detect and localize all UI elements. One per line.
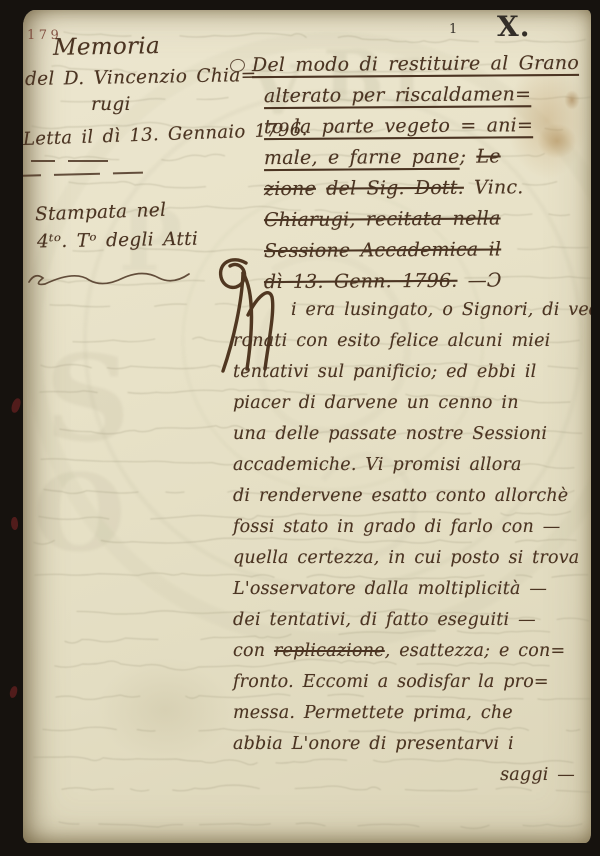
- body-line: accademiche. Vi promisi allora: [233, 455, 589, 486]
- text-segment: zione: [264, 178, 316, 200]
- paper-stain: [75, 640, 255, 780]
- text-segment: di rendervene esatto conto allorchè: [233, 486, 568, 506]
- text-segment: messa. Permettete prima, che: [233, 703, 513, 723]
- text-segment: L'osservatore dalla moltiplicità —: [233, 579, 547, 599]
- body-line: tentativi sul panificio; ed ebbi il: [233, 362, 589, 393]
- title-line: Sessione Accademica il: [252, 238, 591, 271]
- body-line: fronto. Eccomi a sodisfar la pro=: [233, 672, 589, 703]
- title-line: dì 13. Genn. 1796. —Ɔ: [252, 269, 591, 302]
- text-segment: del Sig. Dott.: [326, 177, 464, 200]
- title-line: zione del Sig. Dott. Vinc.: [252, 176, 591, 209]
- body-line: una delle passate nostre Sessioni: [233, 424, 589, 455]
- text-segment: replicazione: [274, 641, 385, 661]
- text-segment: i era lusingato, o Signori, di veder co.: [291, 300, 591, 320]
- body-text: i era lusingato, o Signori, di veder co.…: [233, 300, 589, 796]
- binding-stitch: [10, 517, 19, 531]
- text-segment: Le: [476, 145, 500, 167]
- manuscript-page: V B L S O P 179 1 X. Memoria del D. Vinc…: [23, 10, 591, 843]
- title-line: alterato per riscaldamen=: [252, 83, 591, 116]
- flourish-underline: [25, 258, 195, 294]
- body-line: ronati con esito felice alcuni miei: [233, 331, 589, 362]
- text-segment: , esattezza; e con=: [385, 641, 566, 661]
- body-line: fossi stato in grado di farlo con —: [233, 517, 589, 548]
- text-segment: male, e farne pane: [264, 146, 460, 169]
- title-block: Del modo di restituire al Granoalterato …: [252, 53, 591, 301]
- margin-author-line: del D. Vincenzio Chia=: [25, 65, 257, 90]
- title-line: Del modo di restituire al Grano: [252, 52, 591, 85]
- text-segment: una delle passate nostre Sessioni: [233, 424, 547, 444]
- body-line: i era lusingato, o Signori, di veder co.: [233, 300, 589, 331]
- scanned-manuscript-photo: { "colors":{ "bg":"#16120e", "paper":"#e…: [0, 0, 600, 856]
- text-segment: dì 13. Genn. 1796.: [264, 270, 458, 293]
- text-segment: abbia L'onore di presentarvi i: [233, 734, 514, 754]
- margin-author-line: rugi: [91, 94, 131, 115]
- title-line: male, e farne pane; Le: [252, 145, 591, 178]
- text-segment: to la parte vegeto = ani=: [264, 114, 533, 138]
- svg-text:O: O: [33, 450, 125, 575]
- title-line: Chiarugi, recitata nella: [252, 207, 591, 240]
- underline-dashes: [31, 160, 121, 164]
- page-number: 1: [449, 22, 457, 37]
- margin-printed-note: Stampata nel: [35, 200, 167, 226]
- text-segment: fronto. Eccomi a sodisfar la pro=: [233, 672, 549, 692]
- body-line: saggi —: [233, 765, 589, 796]
- text-segment: accademiche. Vi promisi allora: [233, 455, 522, 475]
- body-line: di rendervene esatto conto allorchè: [233, 486, 589, 517]
- text-segment: quella certezza, in cui posto si trova: [233, 548, 579, 568]
- text-segment: Vinc.: [464, 176, 524, 198]
- text-segment: con: [233, 641, 274, 661]
- body-line: L'osservatore dalla moltiplicità —: [233, 579, 589, 610]
- body-line: con replicazione, esattezza; e con=: [233, 641, 589, 672]
- text-segment: fossi stato in grado di farlo con —: [233, 517, 560, 537]
- text-segment: —Ɔ: [457, 269, 501, 291]
- text-segment: Sessione Accademica il: [264, 238, 501, 262]
- text-segment: dei tentativi, di fatto eseguiti —: [233, 610, 536, 630]
- text-segment: alterato per riscaldamen=: [264, 83, 531, 107]
- margin-heading: Memoria: [53, 33, 160, 61]
- text-segment: saggi —: [500, 765, 575, 785]
- svg-text:S: S: [45, 329, 130, 468]
- title-line: to la parte vegeto = ani=: [252, 114, 591, 147]
- body-line: dei tentativi, di fatto eseguiti —: [233, 610, 589, 641]
- chapter-numeral: X.: [497, 10, 530, 43]
- text-segment: [316, 178, 326, 200]
- text-segment: tentativi sul panificio; ed ebbi il: [233, 362, 536, 382]
- underline-dashes: [23, 171, 156, 178]
- text-segment: Chiarugi, recitata nella: [264, 207, 501, 231]
- body-line: abbia L'onore di presentarvi i: [233, 734, 589, 765]
- body-line: quella certezza, in cui posto si trova: [233, 548, 589, 579]
- binding-stitch: [10, 397, 21, 413]
- text-segment: piacer di darvene un cenno in: [233, 393, 519, 413]
- margin-printed-note: 4ᵗᵒ. Tᵒ degli Atti: [37, 229, 198, 253]
- body-line: piacer di darvene un cenno in: [233, 393, 589, 424]
- body-line: messa. Permettete prima, che: [233, 703, 589, 734]
- text-segment: ;: [459, 146, 476, 168]
- binding-stitch: [9, 685, 18, 698]
- text-segment: ronati con esito felice alcuni miei: [233, 331, 550, 351]
- text-segment: Del modo di restituire al Grano: [252, 52, 579, 76]
